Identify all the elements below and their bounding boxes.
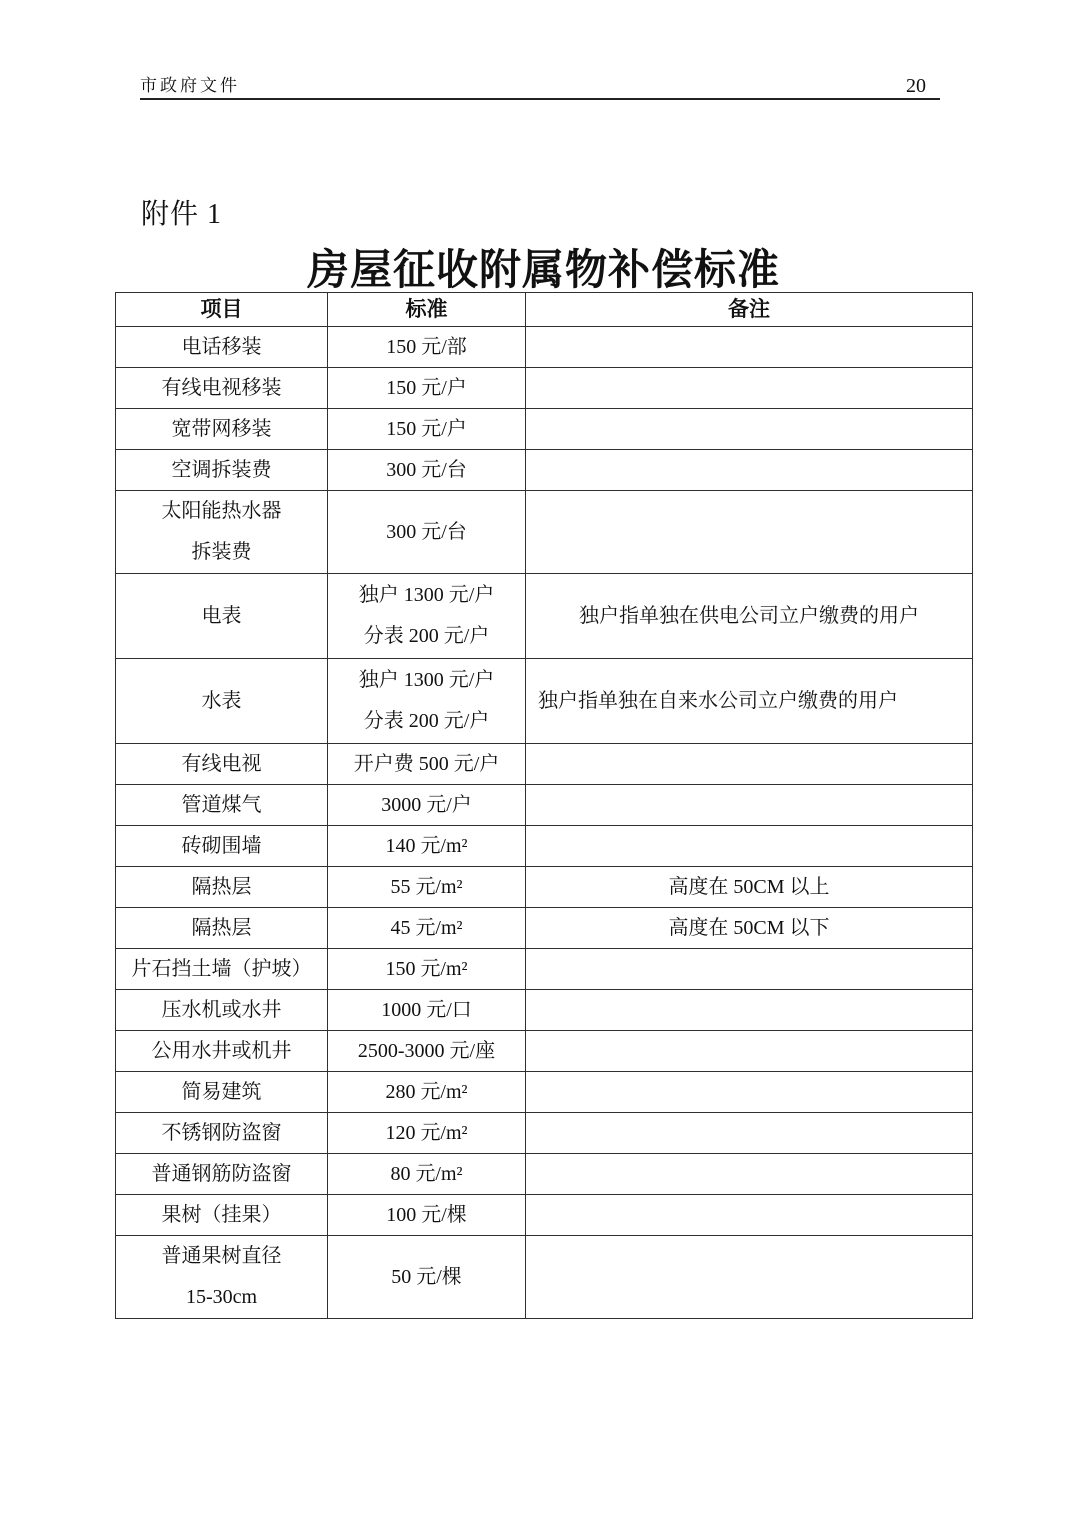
cell-remark	[526, 327, 973, 368]
cell-remark	[526, 949, 973, 990]
cell-item: 隔热层	[116, 867, 328, 908]
cell-remark: 独户指单独在自来水公司立户缴费的用户	[526, 659, 973, 744]
cell-standard: 开户费 500 元/户	[328, 744, 526, 785]
cell-standard: 150 元/户	[328, 368, 526, 409]
table-header-row: 项目 标准 备注	[116, 293, 973, 327]
cell-standard: 300 元/台	[328, 491, 526, 574]
cell-standard: 300 元/台	[328, 450, 526, 491]
cell-item: 砖砌围墙	[116, 826, 328, 867]
table-row: 砖砌围墙 140 元/m²	[116, 826, 973, 867]
cell-item: 电表	[116, 574, 328, 659]
table-row: 不锈钢防盗窗 120 元/m²	[116, 1113, 973, 1154]
cell-item: 不锈钢防盗窗	[116, 1113, 328, 1154]
cell-item: 空调拆装费	[116, 450, 328, 491]
cell-standard: 80 元/m²	[328, 1154, 526, 1195]
table-row: 果树（挂果） 100 元/棵	[116, 1195, 973, 1236]
cell-item: 太阳能热水器 拆装费	[116, 491, 328, 574]
cell-remark	[526, 450, 973, 491]
cell-standard: 3000 元/户	[328, 785, 526, 826]
attachment-label: 附件 1	[141, 192, 222, 232]
cell-standard: 120 元/m²	[328, 1113, 526, 1154]
table-row: 隔热层 55 元/m² 高度在 50CM 以上	[116, 867, 973, 908]
table-row: 空调拆装费 300 元/台	[116, 450, 973, 491]
cell-item: 隔热层	[116, 908, 328, 949]
cell-standard: 独户 1300 元/户 分表 200 元/户	[328, 574, 526, 659]
table-row: 太阳能热水器 拆装费 300 元/台	[116, 491, 973, 574]
cell-remark	[526, 368, 973, 409]
cell-standard: 280 元/m²	[328, 1072, 526, 1113]
cell-remark	[526, 1113, 973, 1154]
header-standard: 标准	[328, 293, 526, 327]
table-row: 普通钢筋防盗窗 80 元/m²	[116, 1154, 973, 1195]
table-row: 公用水井或机井 2500-3000 元/座	[116, 1031, 973, 1072]
compensation-table: 项目 标准 备注 电话移装 150 元/部 有线电视移装 150 元/户 宽带网…	[115, 292, 973, 1319]
table-row: 简易建筑 280 元/m²	[116, 1072, 973, 1113]
cell-remark	[526, 744, 973, 785]
cell-standard: 150 元/户	[328, 409, 526, 450]
page-number: 20	[906, 75, 940, 98]
cell-remark	[526, 1031, 973, 1072]
cell-remark	[526, 409, 973, 450]
document-page: 市政府文件 20 附件 1 房屋征收附属物补偿标准 项目 标准 备注 电话移装 …	[0, 0, 1074, 1520]
cell-remark: 高度在 50CM 以上	[526, 867, 973, 908]
cell-item: 普通果树直径 15-30cm	[116, 1236, 328, 1319]
cell-remark	[526, 1072, 973, 1113]
cell-item: 电话移装	[116, 327, 328, 368]
table-row: 隔热层 45 元/m² 高度在 50CM 以下	[116, 908, 973, 949]
table-row: 宽带网移装 150 元/户	[116, 409, 973, 450]
cell-item: 简易建筑	[116, 1072, 328, 1113]
table-row: 水表 独户 1300 元/户 分表 200 元/户 独户指单独在自来水公司立户缴…	[116, 659, 973, 744]
cell-standard: 2500-3000 元/座	[328, 1031, 526, 1072]
table-row: 普通果树直径 15-30cm 50 元/棵	[116, 1236, 973, 1319]
table-row: 电表 独户 1300 元/户 分表 200 元/户 独户指单独在供电公司立户缴费…	[116, 574, 973, 659]
cell-standard: 100 元/棵	[328, 1195, 526, 1236]
cell-item: 管道煤气	[116, 785, 328, 826]
header-remark: 备注	[526, 293, 973, 327]
document-title: 房屋征收附属物补偿标准	[115, 237, 972, 297]
table-row: 有线电视移装 150 元/户	[116, 368, 973, 409]
cell-remark: 高度在 50CM 以下	[526, 908, 973, 949]
table-row: 电话移装 150 元/部	[116, 327, 973, 368]
cell-standard: 150 元/部	[328, 327, 526, 368]
cell-remark: 独户指单独在供电公司立户缴费的用户	[526, 574, 973, 659]
header-item: 项目	[116, 293, 328, 327]
cell-standard: 独户 1300 元/户 分表 200 元/户	[328, 659, 526, 744]
cell-remark	[526, 491, 973, 574]
cell-remark	[526, 1195, 973, 1236]
cell-item: 压水机或水井	[116, 990, 328, 1031]
cell-item: 公用水井或机井	[116, 1031, 328, 1072]
table-row: 片石挡土墙（护坡） 150 元/m²	[116, 949, 973, 990]
cell-remark	[526, 785, 973, 826]
cell-standard: 55 元/m²	[328, 867, 526, 908]
cell-item: 有线电视移装	[116, 368, 328, 409]
cell-remark	[526, 990, 973, 1031]
doc-type-label: 市政府文件	[140, 71, 240, 98]
cell-item: 片石挡土墙（护坡）	[116, 949, 328, 990]
cell-standard: 150 元/m²	[328, 949, 526, 990]
cell-standard: 1000 元/口	[328, 990, 526, 1031]
cell-item: 有线电视	[116, 744, 328, 785]
cell-standard: 140 元/m²	[328, 826, 526, 867]
cell-item: 果树（挂果）	[116, 1195, 328, 1236]
cell-standard: 50 元/棵	[328, 1236, 526, 1319]
running-header: 市政府文件 20	[140, 74, 940, 100]
cell-remark	[526, 1236, 973, 1319]
cell-remark	[526, 826, 973, 867]
table-row: 压水机或水井 1000 元/口	[116, 990, 973, 1031]
cell-remark	[526, 1154, 973, 1195]
table-row: 管道煤气 3000 元/户	[116, 785, 973, 826]
cell-item: 宽带网移装	[116, 409, 328, 450]
table-row: 有线电视 开户费 500 元/户	[116, 744, 973, 785]
cell-item: 普通钢筋防盗窗	[116, 1154, 328, 1195]
cell-standard: 45 元/m²	[328, 908, 526, 949]
cell-item: 水表	[116, 659, 328, 744]
